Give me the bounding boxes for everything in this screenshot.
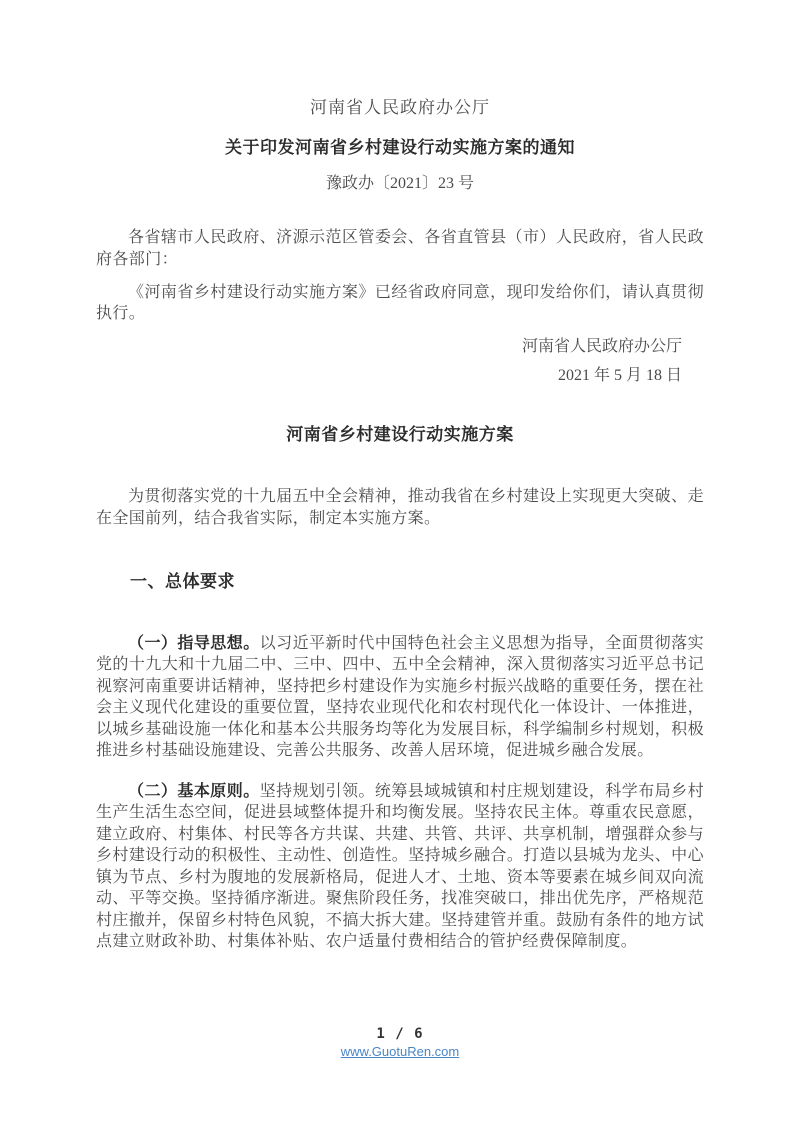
plan-intro-paragraph: 为贯彻落实党的十九届五中全会精神，推动我省在乡村建设上实现更大突破、走在全国前列… [96, 486, 704, 530]
paragraph-guiding-ideology: （一）指导思想。以习近平新时代中国特色社会主义思想为指导，全面贯彻落实党的十九大… [96, 633, 704, 762]
document-number: 豫政办〔2021〕23 号 [96, 172, 704, 196]
issuing-org-header: 河南省人民政府办公厅 [96, 96, 704, 120]
paragraph-lead-1: （一）指导思想。 [128, 635, 260, 652]
notice-body-paragraph: 《河南省乡村建设行动实施方案》已经省政府同意，现印发给你们，请认真贯彻执行。 [96, 282, 704, 326]
salutation-paragraph: 各省辖市人民政府、济源示范区管委会、各省直管县（市）人民政府，省人民政府各部门： [96, 227, 704, 271]
signature-org: 河南省人民政府办公厅 [96, 335, 704, 359]
paragraph-text-1: 以习近平新时代中国特色社会主义思想为指导，全面贯彻落实党的十九大和十九届二中、三… [96, 635, 704, 760]
paragraph-text-2: 坚持规划引领。统筹县域城镇和村庄规划建设，科学布局乡村生产生活生态空间，促进县域… [96, 783, 704, 951]
document-page: 河南省人民政府办公厅 关于印发河南省乡村建设行动实施方案的通知 豫政办〔2021… [0, 0, 800, 1132]
paragraph-lead-2: （二）基本原则。 [128, 783, 260, 800]
site-link[interactable]: www.GuotuRen.com [341, 1044, 460, 1060]
paragraph-basic-principles: （二）基本原则。坚持规划引领。统筹县域城镇和村庄规划建设，科学布局乡村生产生活生… [96, 781, 704, 953]
page-number: 1 / 6 [0, 1026, 800, 1043]
plan-title: 河南省乡村建设行动实施方案 [96, 423, 704, 447]
signature-date: 2021 年 5 月 18 日 [96, 364, 704, 388]
page-footer: 1 / 6 www.GuotuRen.com [0, 1026, 800, 1061]
section-heading-1: 一、总体要求 [96, 570, 704, 594]
notice-title: 关于印发河南省乡村建设行动实施方案的通知 [96, 136, 704, 160]
